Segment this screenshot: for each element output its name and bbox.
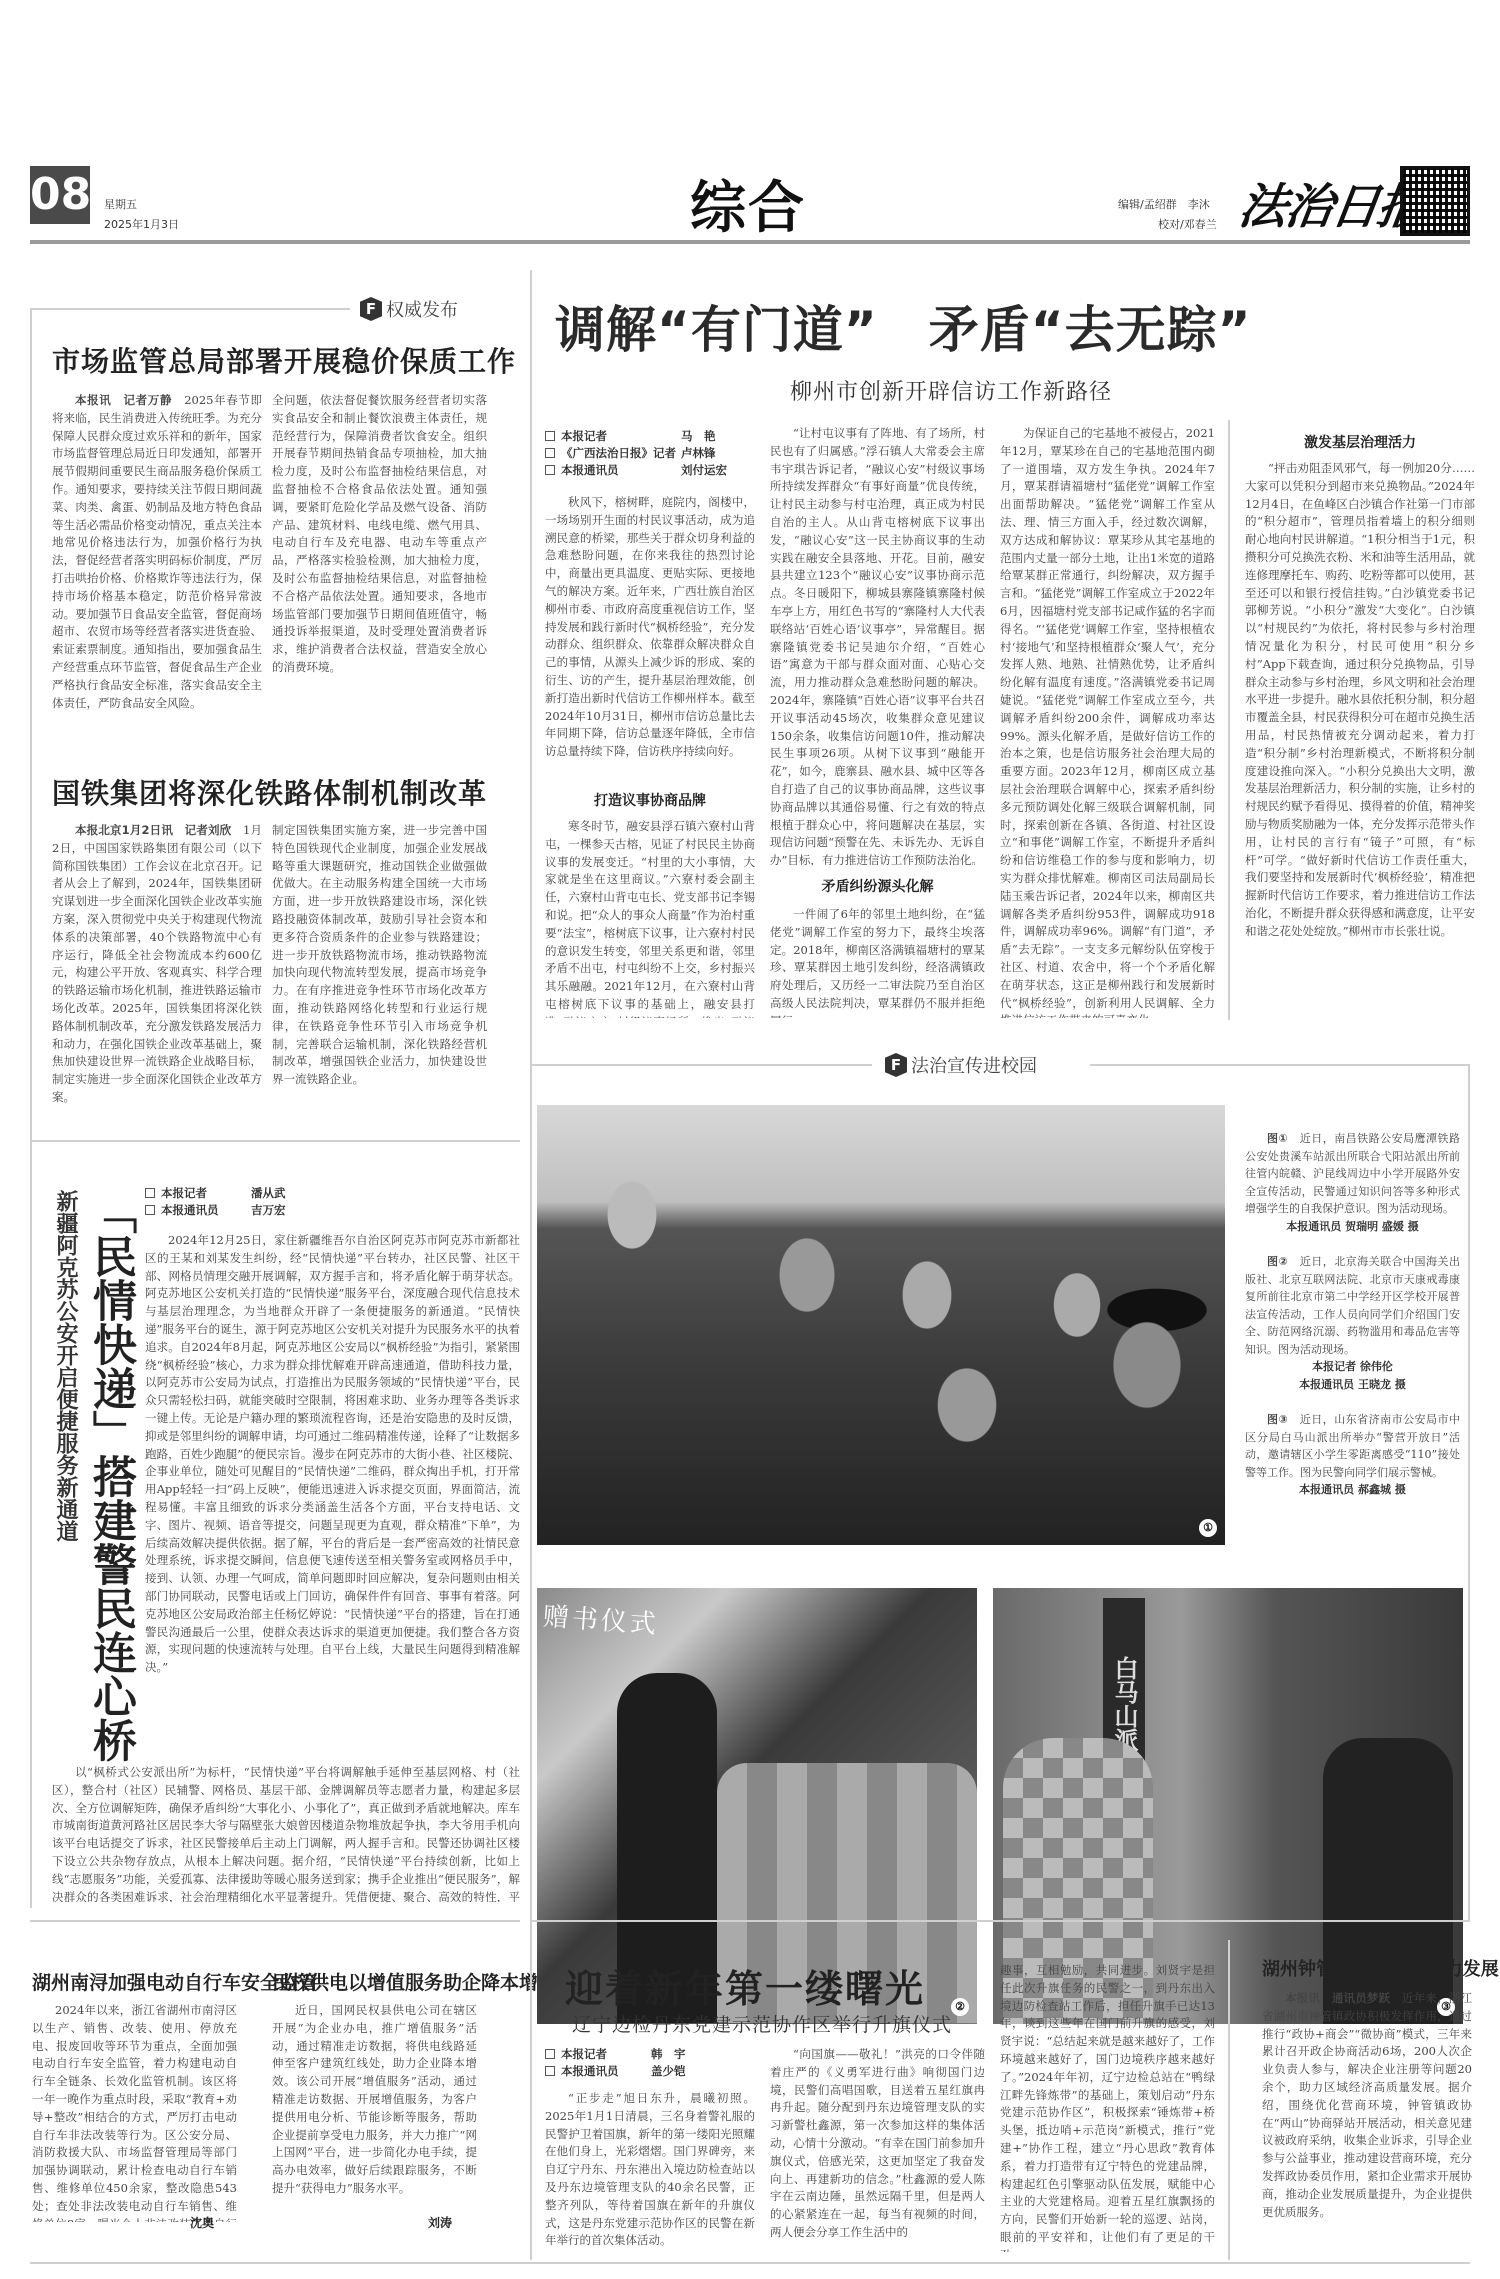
caption-2: 图② 近日，北京海关联合中国海关出版社、北京互联网法院、北京市天康戒毒康复所前往… [1245,1253,1460,1393]
article-column: 本报北京1月2日讯 记者刘欣 1月2日，中国国家铁路集团有限公司（以下简称国铁集… [52,822,262,1112]
qr-code-icon[interactable] [1400,166,1470,236]
article-column: 趣事，互相勉励，共同进步。刘贤宇是担任此次升旗任务的民警之一，到丹东出入境边防检… [1000,1962,1215,2252]
author-signature: 刘涛 [428,2214,452,2231]
f-cube-icon: F [885,1053,907,1077]
divider [1090,1064,1470,1066]
weekday: 星期五 [104,196,137,212]
article-subheadline: 辽宁边检丹东党建示范协作区举行升旗仪式 [572,2010,952,2037]
vertical-headline: 「民情快递」搭建警民连心桥 [84,1190,134,1762]
article-body: 2024年12月25日，家住新疆维吾尔自治区阿克苏市阿克苏市新都社区的王某和刘某… [145,1232,520,1762]
divider [532,1064,872,1066]
article-column: 本报讯 记者万静 2025年春节即将来临，民生消费进入传统旺季。为充分保障人民群… [52,392,262,712]
authority-badge: F 权威发布 [360,296,458,322]
article-subheadline: 柳州市创新开辟信访工作新路径 [790,375,1112,406]
article-headline: 国铁集团将深化铁路体制机制改革 [52,772,487,812]
officer-figure [1323,1738,1453,2024]
article-column: “向国旗——敬礼！”洪亮的口令伴随着庄严的《义勇军进行曲》响彻国门边境，民警们高… [770,2046,985,2260]
photo-scene [537,1105,1225,1545]
checkbox-icon [145,1188,155,1198]
checkbox-icon [545,2049,555,2059]
article-column: 制定国铁集团实施方案，进一步完善中国特色国铁现代企业制度，加强企业发展战略等重大… [272,822,487,1112]
section-title: 综合 [690,164,806,244]
article-body: 以“枫桥式公安派出所”为标杆，“民情快递”平台将调解触手延伸至基层网格、村（社区… [52,1764,520,1902]
column-rule [530,270,532,2260]
checkbox-icon [545,448,555,458]
section-subhead: 激发基层治理活力 [1245,432,1475,452]
article-body: 本报讯 通讯员梦跃 近年来，浙江省湖州市钟管镇政协积极发挥作用，通过推行“政协+… [1262,1990,1472,2260]
byline: 本报记者韩 宇 本报通讯员盖少铠 [545,2046,686,2080]
caption-1: 图① 近日，南昌铁路公安局鹰潭铁路公安处贵溪车站派出所联合弋阳站派出所前往管内皖… [1245,1130,1460,1235]
banner-text: 赠书仪式 [542,1596,660,1641]
divider [532,1920,1470,1922]
issue-date: 2025年1月3日 [104,216,179,232]
article-column: “抨击劝阻歪风邪气，每一例加20分……大家可以凭积分到超市来兑换物品。”2024… [1245,460,1475,1020]
article-headline: 迎着新年第一缕曙光 [565,1958,925,2013]
article-column: 寒冬时节，融安县浮石镇六寮村山背屯，一棵参天古榕，见证了村民民主协商议事的发展变… [545,818,755,1018]
badge-label: 法治宣传进校园 [911,1052,1037,1078]
section-subhead: 打造议事协商品牌 [545,790,755,810]
article-headline: 湖州钟管镇“微协商”助力发展 [1262,1955,1499,1981]
author-signature: 沈奥 [190,2214,214,2231]
article-column: 秋风下，榕树畔，庭院内，阁楼中，一场场别开生面的村民议事活动，成为追溯民意的桥梁… [545,494,755,784]
divider [30,1140,520,1142]
page-number: 08 [30,166,90,224]
column-rule [1228,420,1230,1020]
byline: 本报记者马 艳 《广西法治日报》记者卢林锋 本报通讯员刘付运宏 [545,428,727,479]
article-body: 2024年以来，浙江省湖州市南浔区以生产、销售、改装、使用、停放充电、报废回收等… [32,2002,237,2222]
photo-1: ① [537,1105,1225,1545]
checkbox-icon [145,1205,155,1215]
photo-frame-rule [1468,1064,1470,1920]
editor-credit: 编辑/孟绍群 李沐 [1118,196,1210,212]
left-frame-rule [30,308,32,1908]
article-column: 为保证自己的宅基地不被侵占，2021年12月，覃某珍在自己的宅基地范围内砌了一道… [1000,425,1215,1018]
article-column: 一件闹了6年的邻里土地纠纷，在“猛佬党”调解工作室的努力下，最终尘埃落定。201… [770,906,985,1018]
caption-3: 图③ 近日，山东省济南市公安局市中区分局白马山派出所举办“警营开放日”活动，邀请… [1245,1411,1460,1499]
article-column: “正步走”旭日东升，晨曦初照。2025年1月1日清晨，三名身着警礼服的民警护卫着… [545,2090,755,2260]
article-body: 近日，国网民权县供电公司在辖区开展“为企业办电，推广增值服务”活动，通过精准走访… [272,2002,477,2222]
photo-captions: 图① 近日，南昌铁路公安局鹰潭铁路公安处贵溪车站派出所联合弋阳站派出所前往管内皖… [1245,1130,1460,1499]
proofreader-credit: 校对/邓春兰 [1158,216,1217,232]
badge-label: 权威发布 [386,296,458,322]
checkbox-icon [545,465,555,475]
column-rule [1228,1940,1230,2260]
checkbox-icon [545,431,555,441]
page-bottom-rule [30,2262,1470,2264]
f-cube-icon: F [360,297,382,321]
divider [30,1920,520,1922]
divider [30,308,350,310]
checkbox-icon [545,2066,555,2076]
section-subhead: 矛盾纠纷源头化解 [770,876,985,896]
article-headline: 市场监管总局部署开展稳价保质工作 [52,340,516,380]
byline: 本报记者潘从武 本报通讯员吉万宏 [145,1185,286,1219]
article-headline: 民权供电以增值服务助企降本增效 [272,1968,557,1995]
campus-badge: F 法治宣传进校园 [885,1052,1037,1078]
article-column: 全问题，依法督促餐饮服务经营者切实落实食品安全和制止餐饮浪费主体责任，规范经营行… [272,392,487,712]
vertical-subtitle: 新疆阿克苏公安开启便捷服务新通道 [52,1190,78,1542]
article-column: “让村屯议事有了阵地、有了场所，村民也有了归属感。”浮石镇人大常委会主席韦宇琪告… [770,425,985,865]
masthead-rule [30,240,1470,244]
article-headline: 调解“有门道” 矛盾“去无踪” [555,290,1251,362]
